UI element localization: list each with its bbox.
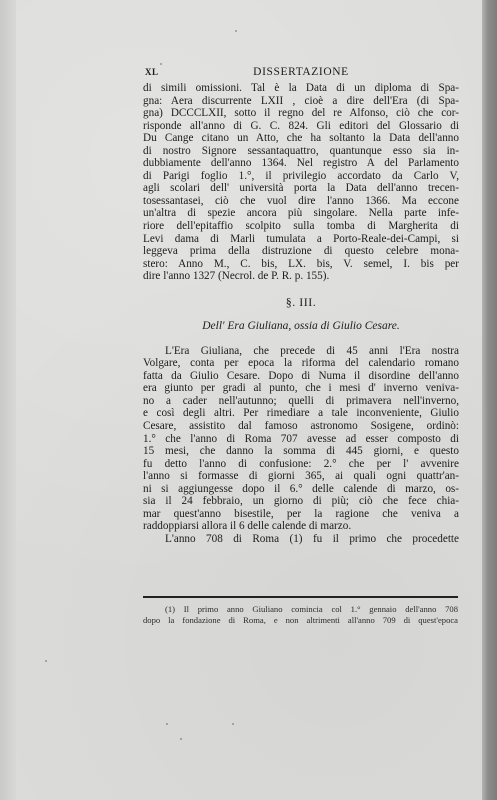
section-number: §. III. [143, 295, 459, 309]
footnote-rule [143, 596, 458, 598]
text-line: gna: Aera discurrente LXII , cioè a dire… [143, 95, 459, 108]
paper-speck [235, 30, 237, 32]
page-gutter-shadow [0, 0, 16, 800]
footnote-line: dopo la fondazione di Roma, e non altrim… [143, 615, 458, 626]
paper-speck [232, 723, 234, 725]
text-line: risponde all'anno di G. C. 824. Gli edit… [143, 120, 459, 133]
text-line: riore dell'epitaffio scolpito sulla tomb… [143, 220, 459, 233]
text-line: gna) DCCCLXII, sotto il regno del re Alf… [143, 107, 459, 120]
footnote: (1) Il primo anno Giuliano comincia col … [143, 604, 458, 625]
text-line: ni si aggiungesse dopo il 6.° delle cale… [143, 483, 459, 496]
text-line: fu detto l'anno di confusione: 2.° che p… [143, 458, 459, 471]
footnote-line: (1) Il primo anno Giuliano comincia col … [143, 604, 458, 615]
running-head: XL DISSERTAZIONE [143, 66, 459, 80]
text-line: L'anno 708 di Roma (1) fu il primo che p… [143, 533, 459, 546]
paragraph-1: di simili omissioni. Tal è la Data di un… [143, 82, 459, 283]
text-line: Levi dama di Marli tumulata a Porto-Real… [143, 233, 459, 246]
text-line: mar quest'anno bisestile, per la ragione… [143, 508, 459, 521]
text-line: stero: Anno M., C. bis, LX. bis, V. seme… [143, 258, 459, 271]
text-line: dire l'anno 1327 (Necrol. de P. R. p. 15… [143, 270, 459, 283]
text-line: di simili omissioni. Tal è la Data di un… [143, 82, 459, 95]
text-block: XL DISSERTAZIONE di simili omissioni. Ta… [143, 66, 459, 546]
paper-speck [45, 660, 47, 662]
text-line: fatta da Giulio Cesare. Dopo di Numa il … [143, 370, 459, 383]
text-line: sia il 24 febbraio, un giorno di più; ci… [143, 495, 459, 508]
text-line: Cesare, assistito dal famoso astronomo S… [143, 420, 459, 433]
paper-speck [166, 723, 168, 725]
text-line: l'anno si formasse di giorni 365, ai qua… [143, 470, 459, 483]
book-page: XL DISSERTAZIONE di simili omissioni. Ta… [0, 0, 482, 800]
text-line: raddoppiarsi allora il 6 delle calende d… [143, 520, 459, 533]
text-line: no a cader nell'autunno; quelli di prima… [143, 395, 459, 408]
paper-speck [160, 63, 162, 65]
section-title: Dell' Era Giuliana, ossia di Giulio Cesa… [143, 320, 459, 334]
text-line: 1.° che l'anno di Roma 707 avesse ad ess… [143, 433, 459, 446]
text-line: di nostro Signore sessantaquattro, quant… [143, 145, 459, 158]
paragraph-3: L'anno 708 di Roma (1) fu il primo che p… [143, 533, 459, 546]
text-line: L'Era Giuliana, che precede di 45 anni l… [143, 345, 459, 358]
text-line: Du Cange citano un Atto, che ha soltanto… [143, 132, 459, 145]
text-line: e così degli altri. Per rimediare a tale… [143, 407, 459, 420]
text-line: era giunto per gradi al punto, che i mes… [143, 382, 459, 395]
text-line: dubbiamente dell'anno 1364. Nel registro… [143, 157, 459, 170]
text-line: leggeva prima della distruzione di quest… [143, 245, 459, 258]
text-line: tosessantasei, ciò che vuol dire l'anno … [143, 195, 459, 208]
paragraph-2: L'Era Giuliana, che precede di 45 anni l… [143, 345, 459, 533]
text-line: 15 mesi, che danno la somma di 445 giorn… [143, 445, 459, 458]
running-head-title: DISSERTAZIONE [143, 66, 459, 78]
text-line: agli scolari dell' università porta la D… [143, 182, 459, 195]
paper-speck [180, 738, 182, 740]
text-line: di Parigi foglio 1.°, il privilegio acco… [143, 170, 459, 183]
scanner-edge-shadow [482, 0, 497, 800]
text-line: Volgare, conta per epoca la riforma del … [143, 357, 459, 370]
text-line: un'altra di spezie ancora più singolare.… [143, 207, 459, 220]
